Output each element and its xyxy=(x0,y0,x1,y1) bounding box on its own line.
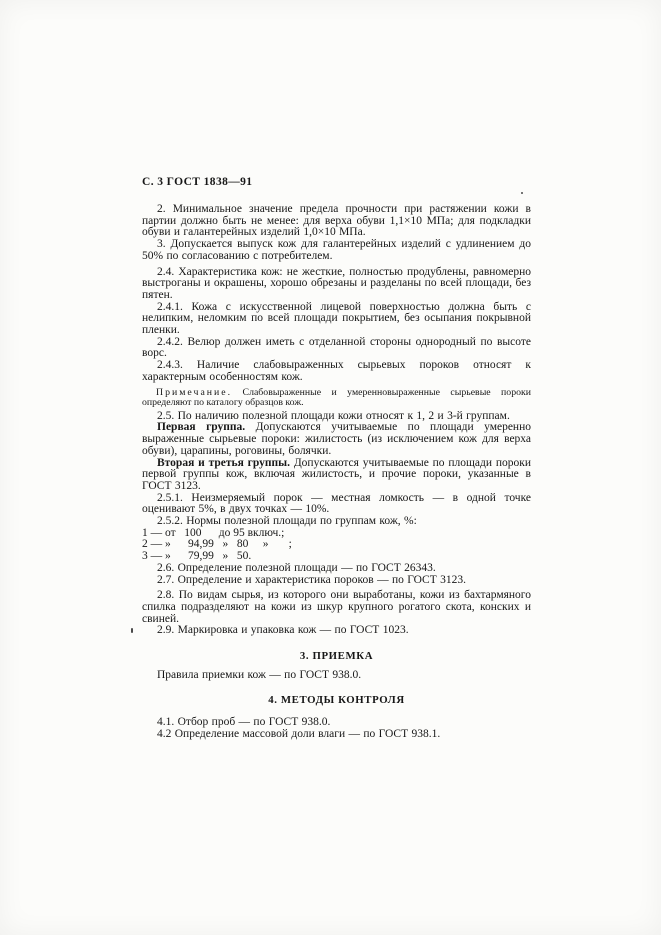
paragraph-2-6-useful-area: 2.6. Определение полезной площади — по Г… xyxy=(142,563,531,575)
first-group-label: Первая группа. xyxy=(157,421,245,433)
second-third-group-label: Вторая и третья группы. xyxy=(157,457,290,469)
section-heading-3-acceptance: 3. ПРИЕМКА xyxy=(142,650,531,662)
paragraph-2-5-2-area-norms: 2.5.2. Нормы полезной площади по группам… xyxy=(142,516,531,528)
note-paragraph: Примечание. Слабовыраженные и умеренновы… xyxy=(142,388,531,409)
paragraph-2-4-3-raw-defects: 2.4.3. Наличие слабовыраженных сырьевых … xyxy=(142,360,531,383)
paragraph-2-4-2-velour: 2.4.2. Велюр должен иметь с отделанной с… xyxy=(142,337,531,360)
page-content: С. 3 ГОСТ 1838—91 2. Минимальное значени… xyxy=(142,176,531,740)
paragraph-2-4-characteristics: 2.4. Характеристика кож: не жесткие, пол… xyxy=(142,267,531,302)
note-label: Примечание. xyxy=(156,387,232,398)
paragraph-2-5-1-local-brittleness: 2.5.1. Неизмеряемый порок — местная ломк… xyxy=(142,493,531,516)
scan-speck xyxy=(131,628,133,633)
paragraph-2-8-raw-material-types: 2.8. По видам сырья, из которого они выр… xyxy=(142,590,531,625)
paragraph-2-9-marking-packing: 2.9. Маркировка и упаковка кож — по ГОСТ… xyxy=(142,625,531,637)
paragraph-2-7-defects-definition: 2.7. Определение и характеристика пороко… xyxy=(142,575,531,587)
paragraph-2-tensile-strength: 2. Минимальное значение предела прочност… xyxy=(142,204,531,239)
scanned-document-page: С. 3 ГОСТ 1838—91 2. Минимальное значени… xyxy=(0,0,661,935)
paragraph-3-elongation: 3. Допускается выпуск кож для галантерей… xyxy=(142,239,531,262)
paragraph-2-4-1-artificial-grain: 2.4.1. Кожа с искусственной лицевой пове… xyxy=(142,302,531,337)
paragraph-4-1-sampling: 4.1. Отбор проб — по ГОСТ 938.0. xyxy=(142,717,531,729)
paragraph-first-group: Первая группа. Допускаются учитываемые п… xyxy=(142,422,531,457)
section-heading-4-control-methods: 4. МЕТОДЫ КОНТРОЛЯ xyxy=(142,694,531,706)
paragraph-acceptance-rules: Правила приемки кож — по ГОСТ 938.0. xyxy=(142,670,531,682)
paragraph-second-third-group: Вторая и третья группы. Допускаются учит… xyxy=(142,458,531,493)
running-header: С. 3 ГОСТ 1838—91 xyxy=(142,176,531,188)
paragraph-4-2-moisture: 4.2 Определение массовой доли влаги — по… xyxy=(142,729,531,741)
